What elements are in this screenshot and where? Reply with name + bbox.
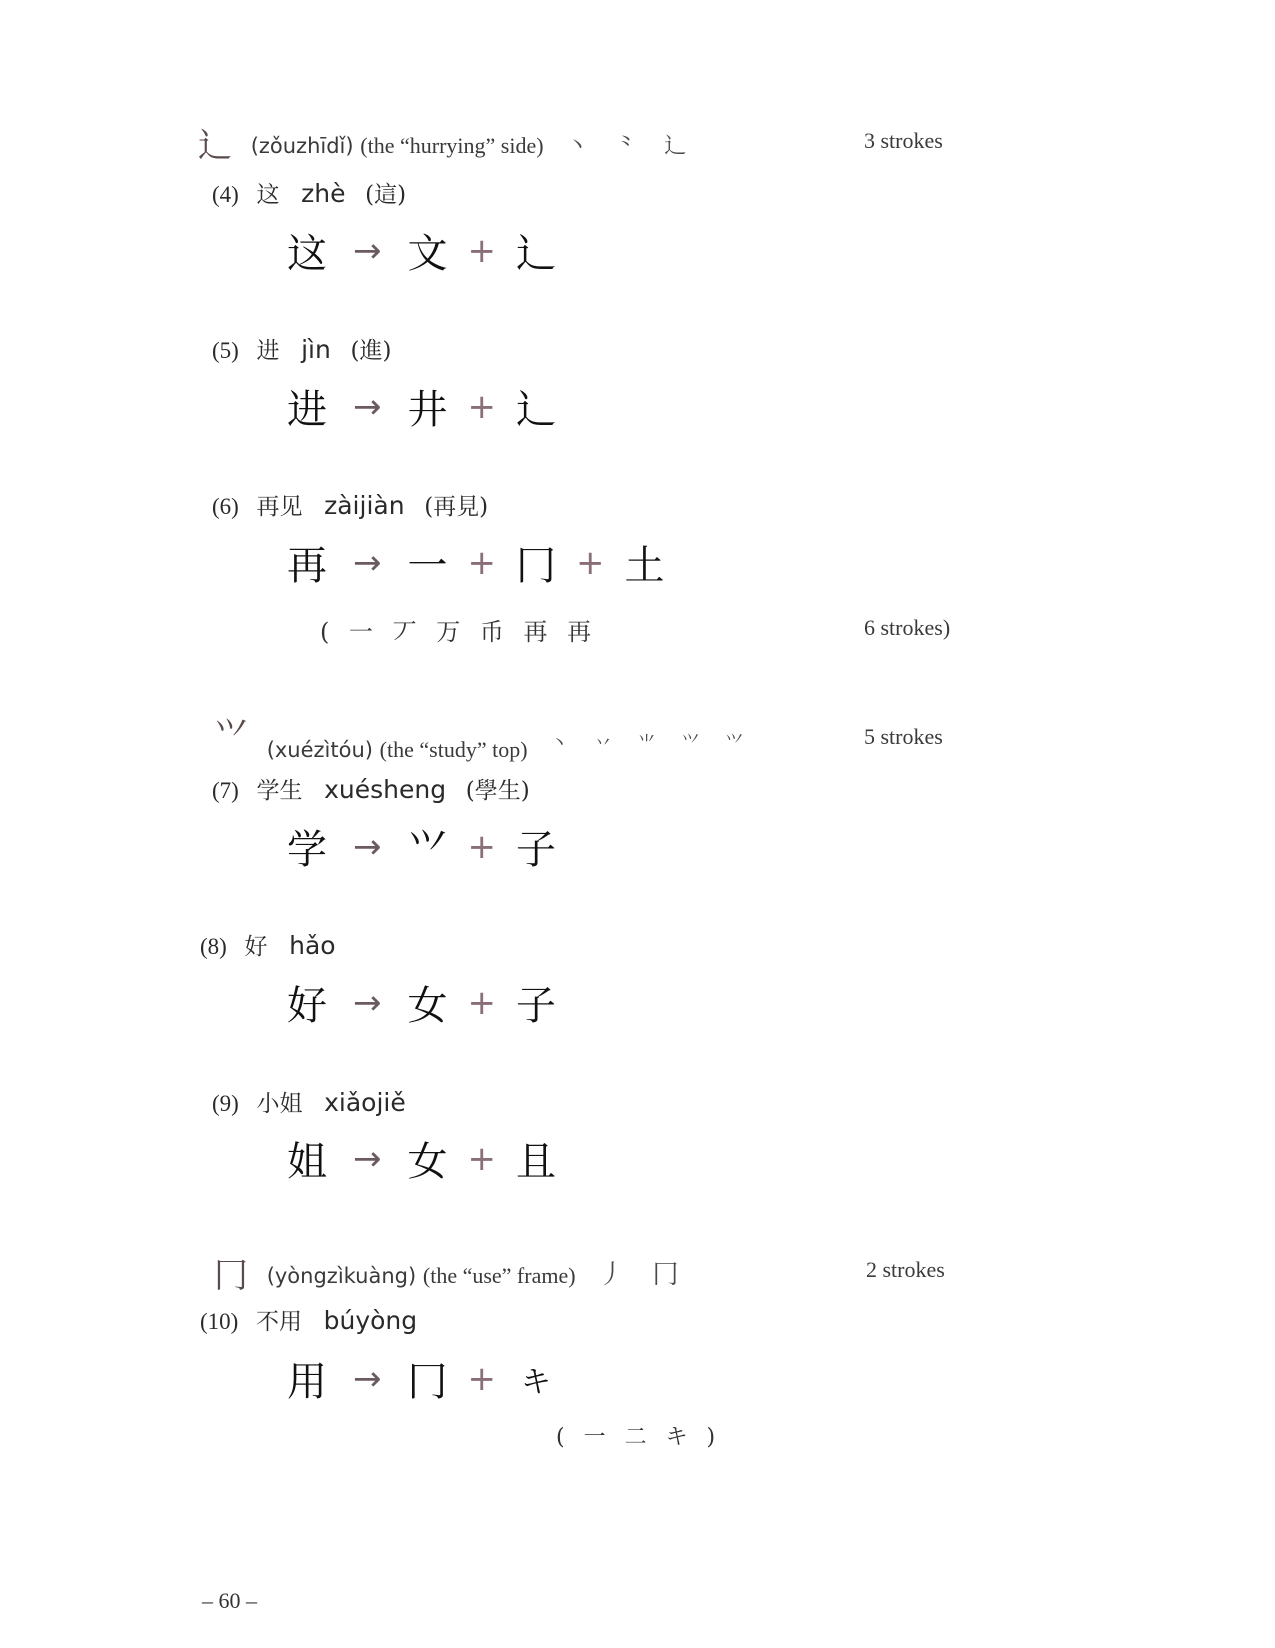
component: 冂 — [514, 534, 558, 591]
arrow-icon: → — [353, 387, 382, 427]
vocab-item-8: (8) 好 hǎo — [200, 928, 348, 961]
radical-stroke-count: 2 strokes — [866, 1257, 945, 1283]
item-number: (7) — [212, 778, 239, 803]
arrow-icon: → — [353, 827, 382, 867]
item-traditional: (這) — [365, 182, 406, 208]
whole-character: 姐 — [285, 1130, 329, 1187]
decomposition-6: 再 → 一 + 冂 + 土 — [285, 534, 667, 591]
stroke-count-6: 6 strokes) — [864, 615, 950, 641]
arrow-icon: → — [353, 231, 382, 271]
component: 一 — [406, 534, 450, 591]
item-number: (5) — [212, 338, 239, 363]
item-pinyin: hǎo — [289, 931, 335, 960]
vocab-item-10: (10) 不用 búyòng — [200, 1303, 429, 1336]
arrow-icon: → — [353, 1139, 382, 1179]
decomposition-9: 姐 → 女 + 且 — [285, 1130, 558, 1187]
item-traditional: (再見) — [424, 494, 488, 520]
radical-header-zouzhidi: 辶 (zǒuzhīdǐ) (the “hurrying” side) 丶 ⺀ 辶 — [198, 118, 696, 167]
plus-icon: + — [468, 1359, 497, 1399]
whole-character: 进 — [285, 378, 329, 435]
component: 子 — [514, 818, 558, 875]
item-pinyin: xiǎojiě — [324, 1088, 406, 1117]
decomposition-5: 进 → 井 + 辶 — [285, 378, 558, 435]
arrow-icon: → — [353, 983, 382, 1023]
vocab-item-5: (5) 进 jìn (進) — [212, 332, 391, 365]
radical-glyph: 辶 — [198, 126, 232, 166]
radical-stroke-count: 5 strokes — [864, 724, 943, 750]
arrow-icon: → — [353, 543, 382, 583]
component: 且 — [514, 1130, 558, 1187]
plus-icon: + — [468, 387, 497, 427]
radical-pinyin: (zǒuzhīdǐ) — [251, 134, 354, 158]
component: 井 — [406, 378, 450, 435]
plus-icon: + — [576, 543, 605, 583]
item-hanzi: 再见 — [256, 494, 302, 520]
component: ⺍ — [406, 818, 450, 875]
item-number: (8) — [200, 934, 227, 959]
component: 子 — [514, 974, 558, 1031]
item-traditional: (進) — [351, 338, 392, 364]
radical-stroke-sequence: 丶 ⺀ 辶 — [566, 134, 696, 159]
item-hanzi: 不用 — [256, 1309, 302, 1335]
component: キ — [514, 1357, 558, 1401]
radical-header-yongzikuang: 冂 (yòngzìkuàng) (the “use” frame) 丿 冂 — [214, 1248, 689, 1297]
radical-header-xuezitou: ⺍ (xuézìtóu) (the “study” top) 丶 丷 ⺌ ⺍ ⺍ — [214, 708, 753, 763]
item-traditional: (學生) — [466, 778, 530, 804]
whole-character: 这 — [285, 222, 329, 279]
radical-glyph: ⺍ — [214, 716, 248, 756]
radical-pinyin: (xuézìtóu) — [267, 738, 373, 762]
component: 土 — [623, 534, 667, 591]
item-number: (4) — [212, 182, 239, 207]
whole-character: 再 — [285, 534, 329, 591]
component: 辶 — [514, 378, 558, 435]
stroke-order-6: ( 一 丆 万 币 再 再 — [320, 612, 597, 647]
radical-pinyin: (yòngzìkuàng) — [267, 1264, 417, 1288]
item-hanzi: 学生 — [256, 778, 302, 804]
vocab-item-6: (6) 再见 zàijiàn (再見) — [212, 488, 488, 521]
radical-stroke-count: 3 strokes — [864, 128, 943, 154]
decomposition-10: 用 → 冂 + キ — [285, 1350, 558, 1407]
item-pinyin: xuésheng — [324, 775, 446, 804]
item-hanzi: 小姐 — [256, 1091, 302, 1117]
item-hanzi: 这 — [256, 182, 279, 208]
radical-stroke-sequence: 丶 丷 ⺌ ⺍ ⺍ — [550, 733, 753, 754]
decomposition-8: 好 → 女 + 子 — [285, 974, 558, 1031]
vocab-item-4: (4) 这 zhè (這) — [212, 176, 406, 209]
whole-character: 用 — [285, 1350, 329, 1407]
decomposition-7: 学 → ⺍ + 子 — [285, 818, 558, 875]
component: 女 — [406, 1130, 450, 1187]
radical-meaning: (the “hurrying” side) — [360, 133, 543, 158]
component: 辶 — [514, 222, 558, 279]
plus-icon: + — [468, 827, 497, 867]
plus-icon: + — [468, 543, 497, 583]
item-number: (10) — [200, 1309, 238, 1334]
item-number: (6) — [212, 494, 239, 519]
decomposition-4: 这 → 文 + 辶 — [285, 222, 558, 279]
component: 文 — [406, 222, 450, 279]
component: 冂 — [406, 1350, 450, 1407]
component: 女 — [406, 974, 450, 1031]
plus-icon: + — [468, 231, 497, 271]
vocab-item-9: (9) 小姐 xiǎojiě — [212, 1085, 418, 1118]
item-pinyin: jìn — [301, 335, 331, 364]
whole-character: 好 — [285, 974, 329, 1031]
plus-icon: + — [468, 1139, 497, 1179]
item-pinyin: búyòng — [324, 1306, 418, 1335]
item-pinyin: zàijiàn — [324, 491, 404, 520]
whole-character: 学 — [285, 818, 329, 875]
radical-stroke-sequence: 丿 冂 — [598, 1260, 688, 1290]
item-hanzi: 好 — [244, 934, 267, 960]
item-hanzi: 进 — [256, 338, 279, 364]
arrow-icon: → — [353, 1359, 382, 1399]
page-number: – 60 – — [202, 1588, 257, 1614]
item-number: (9) — [212, 1091, 239, 1116]
radical-meaning: (the “study” top) — [380, 737, 528, 762]
plus-icon: + — [468, 983, 497, 1023]
radical-glyph: 冂 — [214, 1256, 248, 1296]
stroke-order-10: ( 一 二 キ ) — [556, 1420, 721, 1451]
vocab-item-7: (7) 学生 xuésheng (學生) — [212, 772, 530, 805]
item-pinyin: zhè — [301, 179, 345, 208]
radical-meaning: (the “use” frame) — [423, 1263, 576, 1288]
